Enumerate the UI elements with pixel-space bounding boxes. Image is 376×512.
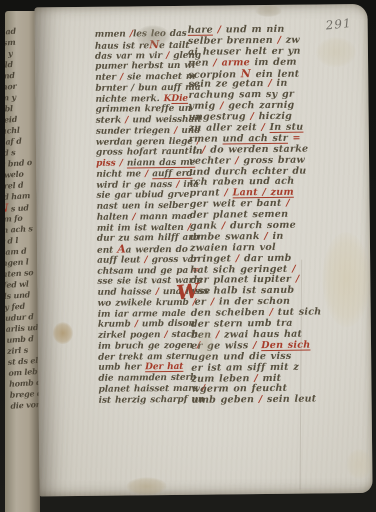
text-column-right: hare / und m ninselber brennen / zwai he… [188,24,323,407]
ink-text: ls und [5,289,30,301]
ink-text: im iar arme male [98,308,186,319]
paper-stain [255,5,281,17]
ink-text: prant [189,188,224,199]
ink-text: arlis ud [5,322,38,334]
rubric-text: / [296,274,300,285]
ink-text: S mor [5,81,17,93]
ink-text: in [272,78,288,89]
ink-text: sein leut [262,394,316,406]
ink-text: er ist am siff mit z [191,361,299,373]
manuscript-photo: s yr adel ssmnbd yr foldm mdS morarm yrm… [0,0,376,512]
ink-text: m ach s [5,223,33,235]
ink-text: sm fo [5,213,23,224]
ink-text: udur d [5,311,34,323]
ink-text: mlaf d [5,136,22,148]
ink-text: s yr ad [5,26,16,38]
ink-text: sie gar ubiud grve [96,190,189,201]
ink-text: sunder triegen [96,126,174,137]
ink-text: r fold [5,59,13,70]
ink-text: aten so [5,267,34,279]
ink-text: nter [95,73,120,83]
ink-text: el ssm [5,37,16,49]
ink-text: durch some [225,220,296,232]
ink-text: planet haisset mars [98,383,201,394]
ink-text: fed wl [5,278,29,290]
ink-text: wird ir ge nass [96,179,176,190]
paper-stain [126,477,166,495]
ink-text: in [268,231,284,242]
rubric-initial: A [117,242,126,255]
ink-text: y fed [5,301,25,312]
ink-text: nichte merk. [95,94,163,105]
paper-stain [346,449,372,479]
ink-text: krumb [98,320,135,330]
rubric-text: auff erd [152,169,192,179]
rubric-initial: W [176,287,192,297]
ink-text: sie machet m [123,72,195,83]
ink-text: nen [188,57,213,68]
ink-text: h leid [5,114,17,125]
rubric-text: / [292,263,296,274]
text-line: m ach s [5,223,36,236]
ink-text: les leo das [133,29,187,40]
ink-text: gross braw [239,154,305,166]
ink-text: brnter / bun auff nia [95,82,200,93]
ink-text: mit [258,372,281,383]
ink-text: umb d [6,333,34,345]
ink-text: mann mac [135,212,192,223]
ink-text: ngen l [5,256,29,268]
ink-text: umb dison [138,319,195,330]
ink-text: bringet [190,253,236,264]
ink-text: it [189,144,202,155]
ink-text: im dem [250,56,297,67]
ink-text: grimmen kreffe un [96,104,192,115]
ink-text: brege d [9,388,40,400]
ink-text: hiczig [254,111,292,122]
ink-text: das var m vir [95,51,166,62]
ink-text: n d s [5,147,16,158]
ink-text: vechter [189,155,235,166]
ink-text: y d l [5,235,18,246]
ink-text: wrel d [5,180,24,192]
ink-text: die vor [10,399,40,411]
ink-text: st ds el [7,355,38,367]
paper-stain [322,232,371,327]
page-number: 291 [325,16,352,32]
rubric-text: Lant / zum [233,187,294,199]
ink-text: d achl [5,125,20,137]
ink-text: rmen [189,133,223,144]
rubric-text: K [164,94,172,104]
ink-text: zirkel pogen [98,330,165,341]
rubric-text: Die [171,93,188,103]
ink-text: dar umb [239,252,291,264]
ink-text: und m nin [221,24,285,36]
ink-text: ben [191,329,216,340]
ink-text: nicht me [96,169,145,180]
rubric-text: und ach str [222,133,288,145]
ink-text: nbd y [5,48,13,59]
ink-text: zum leben [191,373,254,385]
ink-text: o welo [5,169,24,181]
ink-text: mmen [95,29,130,39]
ink-text: zw [281,35,300,46]
ink-text: dur zu sam hilff arb [97,233,199,244]
ink-text: umb her [98,363,145,373]
paper-stain [316,37,356,67]
rubric-text: hare [188,25,213,36]
rubric-text: Den sich [261,339,310,351]
rubric-text: In stu [270,122,304,133]
rubric-text: niann das me [127,158,195,169]
ink-text: sam d [5,245,27,257]
ink-text: rmbl [5,103,13,114]
ink-text: ac bnd o [5,157,32,169]
ink-text: umb geben [192,394,259,406]
ink-text: ymig [188,101,220,112]
ink-text: ungestrug [189,111,251,123]
ink-text: der trekt am stern [98,351,192,362]
stain-layer [34,4,367,7]
ink-text: er ge wiss [191,340,253,352]
manuscript-page: 291 mmen /les leo dashaus ist reNe tailt… [34,4,372,496]
text-line: umb geben / sein leut [192,395,323,407]
ink-text: halten [97,212,133,222]
rubric-text: piss / [96,159,123,169]
ink-text: mit im ist walten [97,222,188,233]
ink-text: arm y [5,92,16,103]
ink-text: zirl s [7,345,29,356]
ink-text: e tailt [159,41,189,51]
ink-text: pumer herbst un wi [95,61,195,72]
ink-text: tut sich [273,307,321,319]
ink-text: m md [5,70,15,81]
ink-text: homb d [9,377,40,389]
ink-text: gech zarnig [224,100,295,112]
ink-text: s ud [8,202,29,213]
rubric-text: / [286,198,290,209]
rubric-text: = [292,133,300,144]
ink-text: gross hofart raunt in [96,147,203,158]
ink-text: auff leut [97,255,144,265]
ink-text: werdan geren liege [96,136,197,147]
rubric-text: Der hat [145,362,183,372]
ink-text: ent [97,246,117,256]
ink-text: chtsam und ge pa [97,265,192,276]
text-line: die vor [10,399,40,412]
ink-text: im bruch ge zogen [98,340,197,351]
paper-stain [53,322,73,344]
ink-text: sterk [96,115,126,125]
ink-text: und haisse [97,287,155,298]
ink-text: nast uen in selber [97,201,189,212]
ink-text: zu aller zeit [189,122,262,134]
rubric-initial: N [149,38,159,51]
ink-text: gank [190,221,222,232]
ink-text: om leb [8,366,38,378]
ink-text: die nammden sterb [98,373,196,384]
ink-text: ist herzig scharpf un [99,394,205,405]
